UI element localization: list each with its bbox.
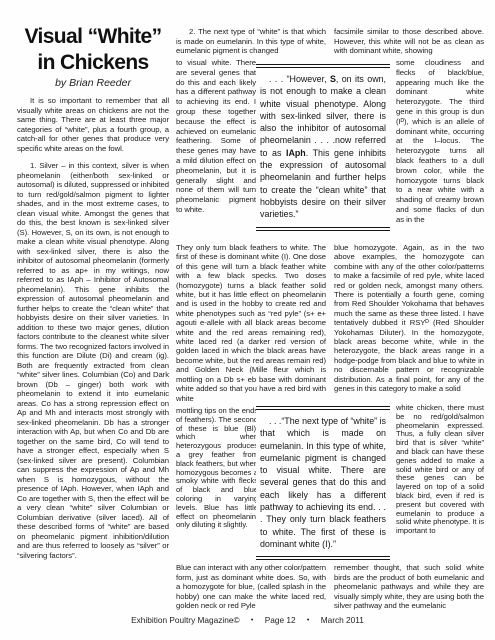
byline: by Brian Reeder xyxy=(16,77,170,89)
bullet-icon: • xyxy=(251,617,253,624)
column-3-narrow-upper: some cloudiness and flecks of black/blue… xyxy=(396,58,484,225)
column-1-paragraph-1: It is so important to remember that all … xyxy=(17,96,169,153)
pull-quote-2: . . .“The next type of “white” is that w… xyxy=(256,406,390,560)
pull-quote-1: . . . “However, S, on its own, is not en… xyxy=(256,64,390,231)
pull-quote-1-text: . . . “However, S, on its own, is not en… xyxy=(260,73,386,221)
column-3-middle: blue homozygote. Again, as in the two ab… xyxy=(334,243,484,394)
page-number: Page 12 xyxy=(265,615,296,625)
pull-quote-2-text: . . .“The next type of “white” is that w… xyxy=(260,415,386,550)
bullet-icon: • xyxy=(307,617,309,624)
column-1-paragraph-2: 1. Silver – in this context, silver is w… xyxy=(17,161,169,560)
article-title-line-2: in Chickens xyxy=(16,50,170,76)
column-3-bottom: remember thought, that such solid white … xyxy=(334,563,484,611)
column-3-top: facsimile similar to those described abo… xyxy=(334,27,484,56)
page-footer: Exhibition Poultry Magazine© • Page 12 •… xyxy=(0,615,495,625)
column-2-bottom: Blue can interact with any other color/p… xyxy=(176,563,326,611)
article-title-line-1: Visual “White” xyxy=(16,24,170,50)
magazine-page: Visual “White” in Chickens by Brian Reed… xyxy=(0,0,495,640)
article-title: Visual “White” in Chickens xyxy=(16,24,170,76)
column-2-narrow-lower: mottling tips on the ends of feathers). … xyxy=(176,407,258,530)
column-2-middle: They only turn black feathers to white. … xyxy=(176,243,326,403)
issue-date: March 2011 xyxy=(321,615,364,625)
column-2-narrow-upper: to visual white. There are several genes… xyxy=(176,58,256,215)
column-3-narrow-lower: white chicken, there must be no red/gold… xyxy=(396,404,484,536)
pull-quote-1-bold-iaph: IAph xyxy=(286,148,306,158)
column-2-top: 2. The next type of “white” is that whic… xyxy=(176,27,326,56)
magazine-name: Exhibition Poultry Magazine© xyxy=(131,615,240,625)
column-1: It is so important to remember that all … xyxy=(17,96,169,568)
